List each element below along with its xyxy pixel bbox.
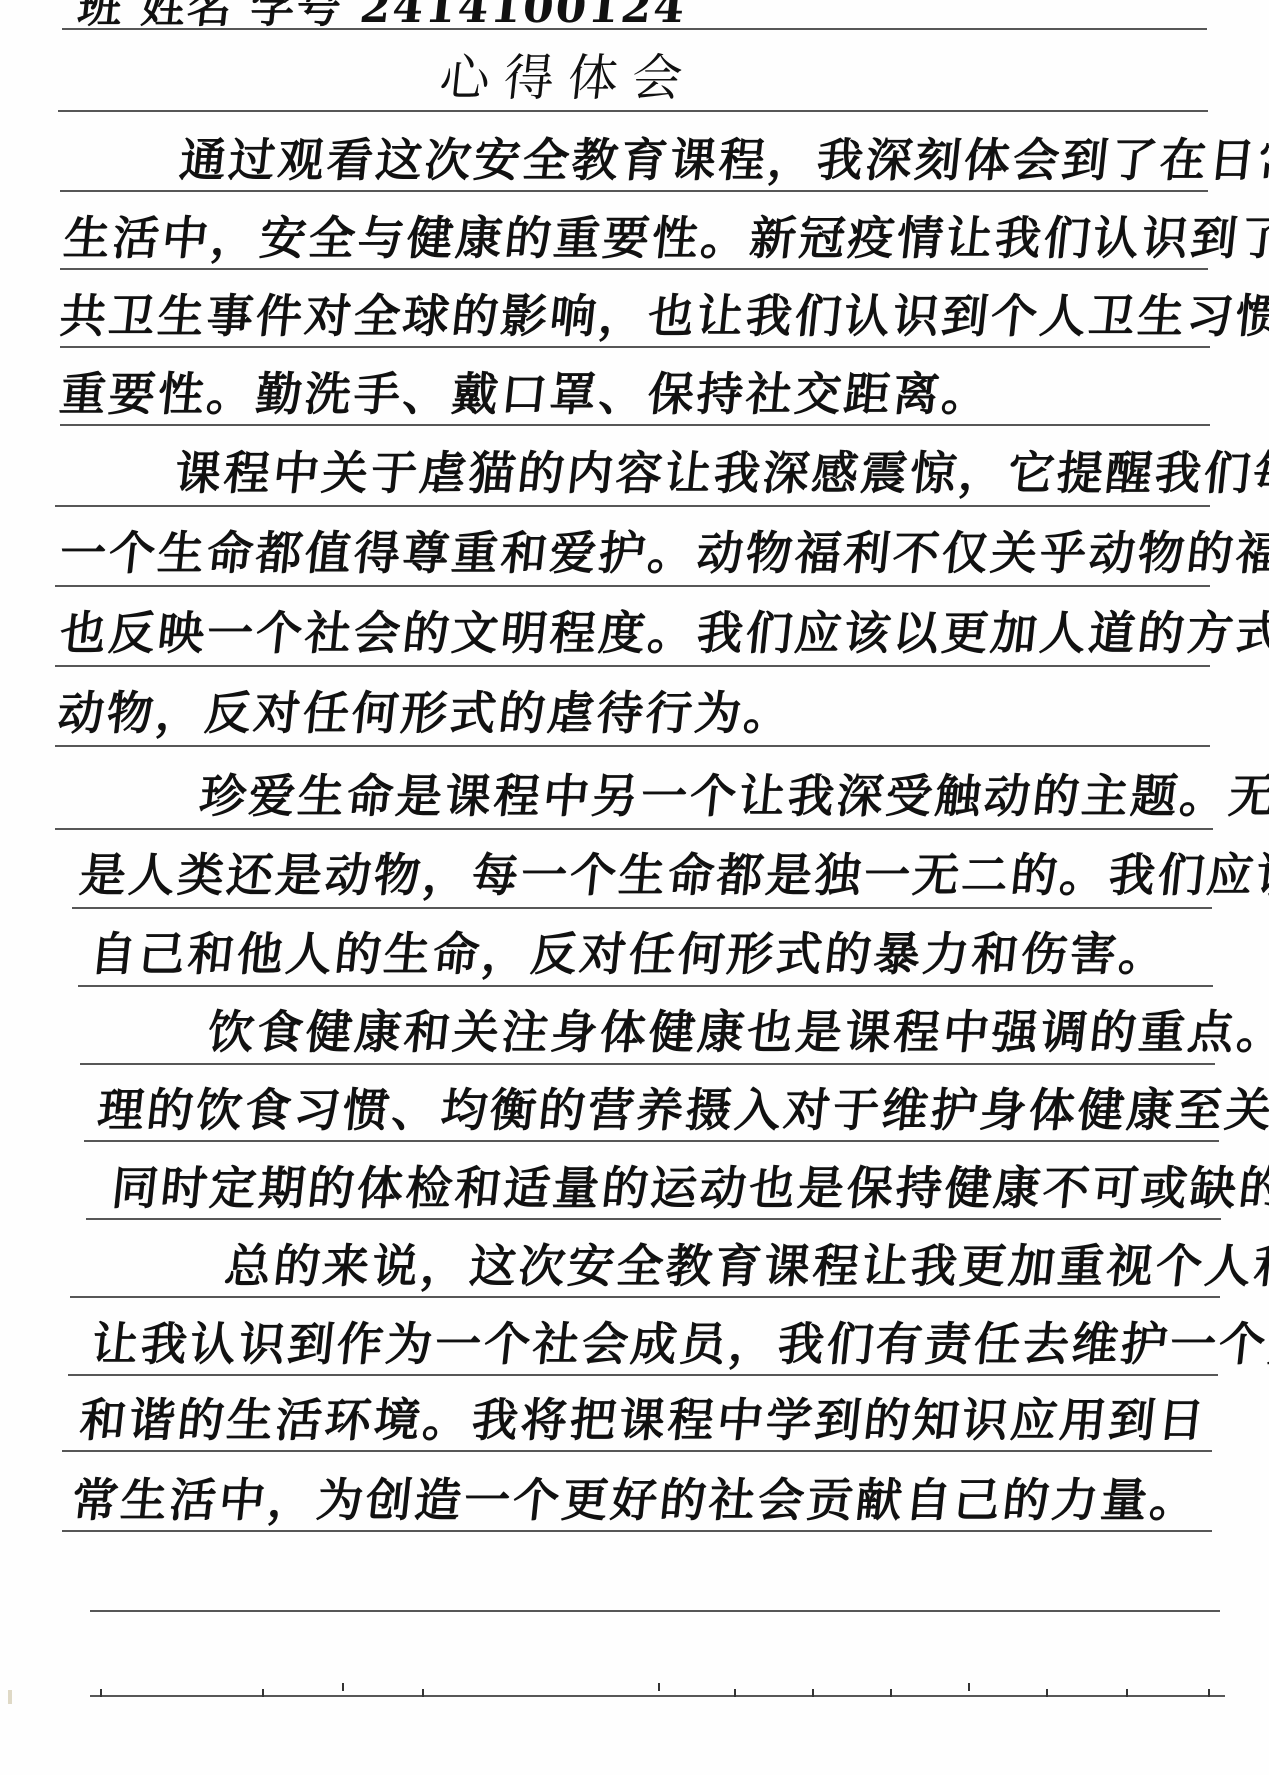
blank-ruled-line (90, 1610, 1220, 1612)
ruled-line (55, 828, 1213, 830)
ruled-line (80, 1063, 1215, 1065)
essay-line: 理的饮食习惯、均衡的营养摄入对于维护身体健康至关重要。 (95, 1080, 1269, 1140)
ruled-line (78, 985, 1213, 987)
ruled-line (55, 745, 1210, 747)
essay-line: 总的来说，这次安全教育课程让我更加重视个人和公共安全，也 (222, 1236, 1269, 1296)
ruled-line (60, 346, 1210, 348)
essay-line: 自己和他人的生命，反对任何形式的暴力和伤害。 (87, 924, 1171, 984)
essay-line: 饮食健康和关注身体健康也是课程中强调的重点。合 (205, 1002, 1269, 1062)
ruled-line (68, 1374, 1218, 1376)
ruled-line (55, 665, 1210, 667)
lined-paper-page: 班 姓名 学号 2414100124 心得体会 通过观看这次安全教育课程，我深刻… (0, 0, 1269, 1775)
essay-line: 共卫生事件对全球的影响，也让我们认识到个人卫生习惯的 (57, 286, 1269, 346)
essay-line: 让我认识到作为一个社会成员，我们有责任去维护一个安全、健康、 (89, 1314, 1269, 1374)
margin-mark (8, 1690, 12, 1704)
ruled-line (62, 1450, 1212, 1452)
ruler-ticks (90, 1687, 1225, 1697)
essay-line: 生活中，安全与健康的重要性。新冠疫情让我们认识到了公 (61, 208, 1269, 268)
essay-line: 和谐的生活环境。我将把课程中学到的知识应用到日 (77, 1390, 1210, 1450)
essay-line: 动物，反对任何形式的虐待行为。 (55, 683, 796, 743)
ruled-line (86, 1218, 1221, 1220)
ruled-line (70, 1296, 1220, 1298)
ruled-line (55, 505, 1210, 507)
essay-line: 重要性。勤洗手、戴口罩、保持社交距离。 (57, 364, 994, 424)
header-name-id-line: 班 姓名 学号 2414100124 (75, 0, 689, 38)
ruled-line (60, 268, 1208, 270)
essay-line: 珍爱生命是课程中另一个让我深受触动的主题。无论 (197, 766, 1269, 826)
ruled-line (62, 1530, 1212, 1532)
ruled-line (60, 424, 1210, 426)
essay-line: 课程中关于虐猫的内容让我深感震惊，它提醒我们每 (172, 443, 1269, 503)
ruled-line (60, 190, 1208, 192)
essay-line: 是人类还是动物，每一个生命都是独一无二的。我们应该珍惜 (77, 845, 1269, 905)
essay-title: 心得体会 (437, 48, 699, 108)
ruled-line (58, 110, 1208, 112)
ruled-line (55, 585, 1210, 587)
essay-line: 通过观看这次安全教育课程，我深刻体会到了在日常 (177, 130, 1269, 190)
ruled-line (72, 907, 1212, 909)
ruled-line (84, 1140, 1219, 1142)
essay-line: 也反映一个社会的文明程度。我们应该以更加人道的方式对待 (57, 603, 1269, 663)
ruled-line (62, 28, 1207, 30)
essay-line: 常生活中，为创造一个更好的社会贡献自己的力量。 (69, 1470, 1202, 1530)
essay-line: 一个生命都值得尊重和爱护。动物福利不仅关乎动物的福祉， (57, 523, 1269, 583)
essay-line: 同时定期的体检和适量的运动也是保持健康不可或缺的部分。 (109, 1158, 1269, 1218)
